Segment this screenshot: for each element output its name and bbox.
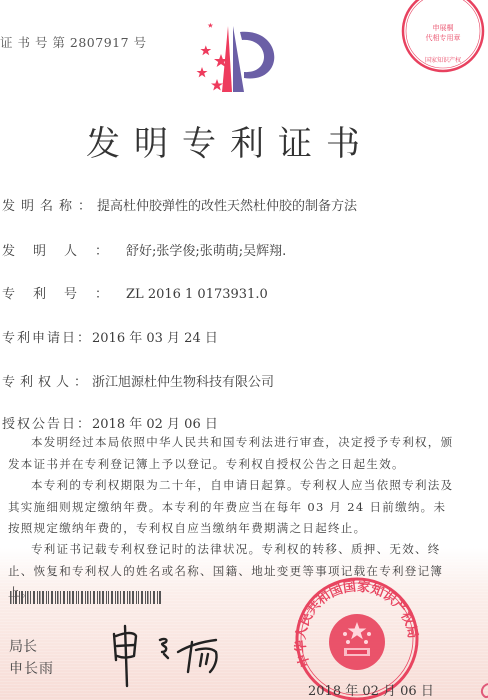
field-value: 舒好;张学俊;张萌萌;吴辉翔. [126, 244, 286, 259]
field-value: 2018 年 02 月 06 日 [92, 417, 218, 432]
page-title: 发明专利证书 [86, 116, 374, 165]
field-label: 专利申请日： [2, 327, 92, 346]
patentee-field: 专利权人：浙江旭源杜仲生物科技有限公司 [2, 371, 274, 390]
field-value: 2016 年 03 月 24 日 [92, 331, 218, 346]
certificate-number-suffix: 号 [134, 35, 147, 50]
signatory-role: 局长 [9, 636, 37, 656]
signatory-name: 申长雨 [9, 658, 54, 678]
inventors-field: 发明人：舒好;张学俊;张萌萌;吴辉翔. [2, 240, 286, 259]
agent-seal-icon: 申展桐 代相专用章 国家知识产权 [398, 0, 488, 76]
svg-text:申展桐: 申展桐 [433, 23, 454, 32]
svg-text:国家知识产权: 国家知识产权 [425, 56, 461, 64]
certificate-number: 证 书 号 第 2807917 号 [0, 33, 147, 51]
svg-text:代相专用章: 代相专用章 [426, 33, 461, 42]
field-label: 专利权人： [2, 371, 92, 390]
handwritten-signature-icon [108, 624, 238, 690]
grant-date-field: 授权公告日：2018 年 02 月 06 日 [2, 413, 218, 432]
field-label: 授权公告日： [2, 413, 92, 432]
corner-ornament-icon [476, 680, 488, 700]
invention-name-field: 发明名称：提高杜仲胶弹性的改性天然杜仲胶的制备方法 [2, 195, 357, 214]
cnipa-logo-icon [186, 22, 291, 97]
barcode-icon [10, 591, 163, 604]
certificate-number-label: 证 书 号 第 [0, 35, 65, 50]
paragraph-term: 本专利的专利权期限为二十年，自申请日起算。专利权人应当依照专利法及其实施细则规定… [8, 475, 456, 540]
field-label: 发明名称： [2, 195, 97, 214]
paragraph-grant: 本发明经过本局依照中华人民共和国专利法进行审查，决定授予专利权，颁发本证书并在专… [8, 432, 456, 475]
field-value: ZL 2016 1 0173931.0 [126, 287, 268, 302]
field-label: 专利号： [2, 283, 126, 302]
application-date-field: 专利申请日：2016 年 03 月 24 日 [2, 327, 218, 346]
field-value: 提高杜仲胶弹性的改性天然杜仲胶的制备方法 [97, 199, 357, 214]
patent-number-field: 专利号：ZL 2016 1 0173931.0 [2, 283, 268, 302]
field-label: 发明人： [2, 240, 126, 259]
issue-date: 2018 年 02 月 06 日 [308, 680, 434, 699]
field-value: 浙江旭源杜仲生物科技有限公司 [92, 375, 274, 390]
certificate-number-value: 2807917 [70, 35, 129, 50]
